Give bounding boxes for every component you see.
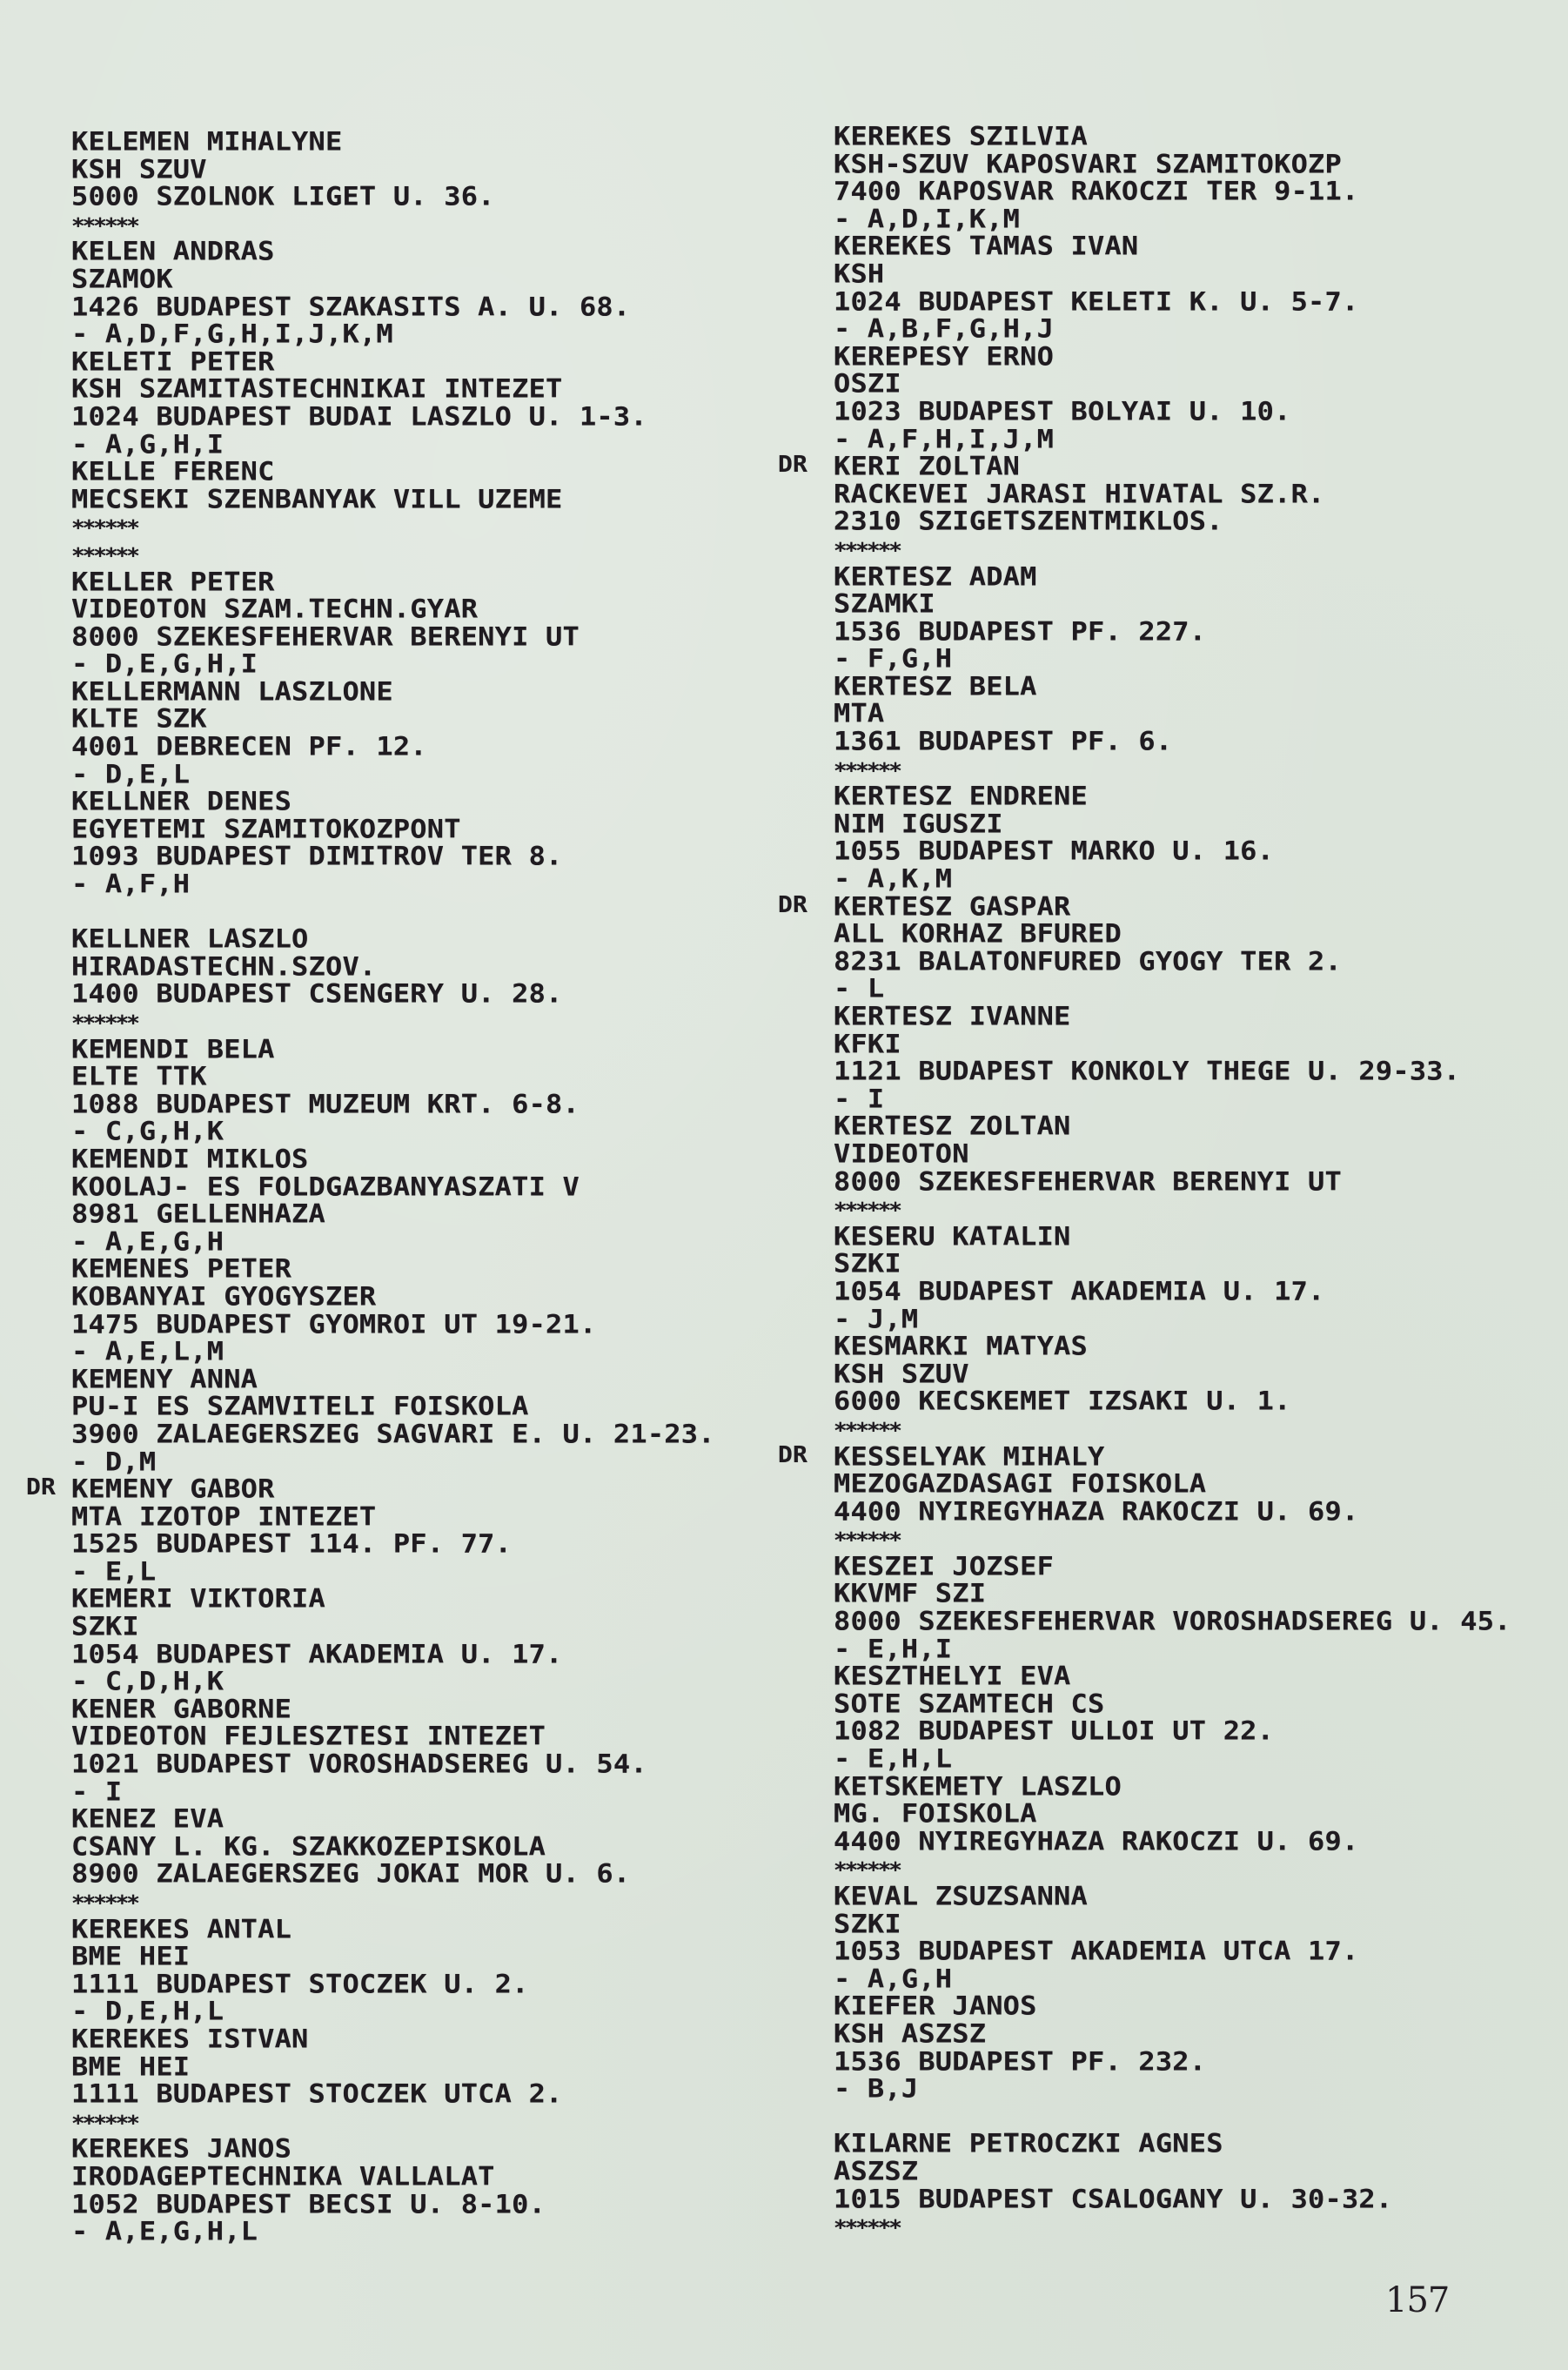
separator-stars: ****** — [834, 539, 900, 563]
directory-line: 3900 ZALAEGERSZEG SAGVARI E. U. 21-23. — [71, 1421, 715, 1447]
line-text: - I — [834, 1083, 884, 1113]
entry-separator: ****** — [71, 541, 715, 567]
category-codes: - A,D,F,G,H,I,J,K,M — [71, 321, 715, 346]
line-text: 1054 BUDAPEST AKADEMIA U. 17. — [71, 1638, 563, 1668]
line-text: KEREKES SZILVIA — [834, 121, 1088, 151]
line-text: KERTESZ IVANNE — [834, 1001, 1071, 1031]
directory-line: KKVMF SZI — [834, 1581, 1511, 1607]
category-codes: - A,F,H,I,J,M — [834, 426, 1511, 452]
line-text: KELLERMANN LASZLONE — [71, 675, 393, 706]
line-text: - D,E,G,H,I — [71, 648, 258, 679]
directory-line: KEREPESY ERNO — [834, 344, 1511, 369]
directory-line: BME HEI — [71, 2054, 715, 2079]
directory-line: KERTESZ ZOLTAN — [834, 1114, 1511, 1139]
directory-line: 1021 BUDAPEST VOROSHADSEREG U. 54. — [71, 1751, 715, 1776]
line-text: KERTESZ ADAM — [834, 561, 1037, 591]
separator-stars: ****** — [71, 516, 137, 540]
line-text: KERTESZ GASPAR — [834, 890, 1071, 921]
directory-line: KSH ASZSZ — [834, 2021, 1511, 2046]
category-codes: - I — [71, 1779, 715, 1804]
directory-line: 8000 SZEKESFEHERVAR VOROSHADSEREG U. 45. — [834, 1608, 1511, 1634]
line-text: 1426 BUDAPEST SZAKASITS A. U. 68. — [71, 291, 630, 321]
line-text: KSH ASZSZ — [834, 2018, 986, 2049]
category-codes: - B,J — [834, 2076, 1511, 2101]
directory-line: 1475 BUDAPEST GYOMROI UT 19-21. — [71, 1312, 715, 1337]
category-codes: - F,G,H — [834, 647, 1511, 672]
directory-line: 1536 BUDAPEST PF. 232. — [834, 2049, 1511, 2074]
directory-line: SZAMOK — [71, 266, 715, 292]
directory-line: KSH SZUV — [71, 157, 715, 182]
line-text: SZAMOK — [71, 264, 173, 294]
directory-line: ASZSZ — [834, 2159, 1511, 2184]
directory-line: 8231 BALATONFURED GYOGY TER 2. — [834, 949, 1511, 974]
title-prefix: DR — [26, 1474, 56, 1500]
directory-line: KILARNE PETROCZKI AGNES — [834, 2132, 1511, 2157]
line-text: 8900 ZALAEGERSZEG JOKAI MOR U. 6. — [71, 1858, 630, 1889]
directory-line: SZAMKI — [834, 591, 1511, 616]
directory-line: DRKESSELYAK MIHALY — [834, 1444, 1511, 1469]
line-text: ASZSZ — [834, 2156, 918, 2186]
directory-line: 4001 DEBRECEN PF. 12. — [71, 734, 715, 759]
line-text: 1536 BUDAPEST PF. 227. — [834, 615, 1206, 646]
entry-separator: ****** — [834, 756, 1511, 782]
entry-separator: ****** — [71, 211, 715, 237]
line-text: NIM IGUSZI — [834, 808, 1003, 838]
line-text: BME HEI — [71, 2051, 190, 2081]
line-text: 1475 BUDAPEST GYOMROI UT 19-21. — [71, 1308, 596, 1339]
line-text: KSH — [834, 258, 884, 289]
directory-line: 2310 SZIGETSZENTMIKLOS. — [834, 509, 1511, 534]
line-text: EGYETEMI SZAMITOKOZPONT — [71, 813, 461, 843]
line-text: KILARNE PETROCZKI AGNES — [834, 2128, 1223, 2159]
line-text: KOBANYAI GYOGYSZER — [71, 1281, 376, 1312]
line-text: - A,G,H — [834, 1963, 952, 1993]
directory-line: 1055 BUDAPEST MARKO U. 16. — [834, 839, 1511, 864]
line-text: - C,D,H,K — [71, 1666, 224, 1696]
line-text: 1021 BUDAPEST VOROSHADSEREG U. 54. — [71, 1749, 647, 1779]
directory-line: KSH-SZUV KAPOSVARI SZAMITOKOZP — [834, 151, 1511, 177]
directory-line: ELTE TTK — [71, 1064, 715, 1090]
directory-line: KESZEI JOZSEF — [834, 1554, 1511, 1579]
line-text: KELLNER DENES — [71, 786, 291, 816]
directory-line: KSH SZUV — [834, 1361, 1511, 1386]
line-text: 1024 BUDAPEST BUDAI LASZLO U. 1-3. — [71, 401, 647, 432]
separator-stars: ****** — [71, 1011, 137, 1036]
directory-line: MG. FOISKOLA — [834, 1802, 1511, 1827]
directory-line: 8981 GELLENHAZA — [71, 1201, 715, 1226]
entry-separator: ****** — [71, 1889, 715, 1914]
line-text: KETSKEMETY LASZLO — [834, 1770, 1122, 1801]
line-text: - F,G,H — [834, 643, 952, 674]
page-number: 157 — [1385, 2280, 1449, 2320]
directory-line: 1400 BUDAPEST CSENGERY U. 28. — [71, 982, 715, 1007]
directory-line: 4400 NYIREGYHAZA RAKOCZI U. 69. — [834, 1499, 1511, 1524]
line-text: KFKI — [834, 1028, 901, 1058]
line-text: 8000 SZEKESFEHERVAR BERENYI UT — [834, 1165, 1342, 1196]
category-codes: - A,G,H,I — [71, 432, 715, 457]
category-codes: - A,D,I,K,M — [834, 206, 1511, 232]
category-codes: - E,H,L — [834, 1746, 1511, 1771]
line-text: KELLER PETER — [71, 566, 275, 596]
directory-line: KSH SZAMITASTECHNIKAI INTEZET — [71, 377, 715, 402]
entry-separator: ****** — [834, 2213, 1511, 2239]
category-codes: - D,E,L — [71, 762, 715, 787]
line-text: 8231 BALATONFURED GYOGY TER 2. — [834, 945, 1342, 976]
line-text: 4001 DEBRECEN PF. 12. — [71, 731, 427, 762]
directory-line: VIDEOTON — [834, 1141, 1511, 1166]
directory-line: 1023 BUDAPEST BOLYAI U. 10. — [834, 399, 1511, 424]
line-text: SZKI — [834, 1248, 901, 1279]
line-text: KEMENY ANNA — [71, 1363, 258, 1393]
directory-line: SZKI — [71, 1614, 715, 1639]
separator-stars: ****** — [834, 1198, 900, 1223]
line-text: KERTESZ ZOLTAN — [834, 1111, 1071, 1141]
separator-stars: ****** — [71, 1891, 137, 1916]
line-text: KELEMEN MIHALYNE — [71, 126, 342, 157]
directory-line: KELLERMANN LASZLONE — [71, 679, 715, 704]
line-text: KEMENY GABOR — [71, 1474, 275, 1504]
line-text: ELTE TTK — [71, 1061, 207, 1091]
directory-line: 8900 ZALAEGERSZEG JOKAI MOR U. 6. — [71, 1862, 715, 1887]
line-text: - D,E,L — [71, 758, 190, 789]
line-text: - A,E,G,H — [71, 1225, 224, 1256]
directory-line: KEREKES TAMAS IVAN — [834, 234, 1511, 259]
directory-line: KEMENES PETER — [71, 1257, 715, 1282]
directory-line: KERTESZ ADAM — [834, 564, 1511, 589]
line-text: KESSELYAK MIHALY — [834, 1440, 1104, 1471]
category-codes: - D,M — [71, 1449, 715, 1474]
separator-stars: ****** — [71, 2112, 137, 2136]
line-text: KEVAL ZSUZSANNA — [834, 1881, 1088, 1911]
line-text: KELLE FERENC — [71, 456, 275, 487]
line-text: 8000 SZEKESFEHERVAR VOROSHADSEREG U. 45. — [834, 1606, 1511, 1636]
directory-line: 1082 BUDAPEST ULLOI UT 22. — [834, 1719, 1511, 1744]
line-text: HIRADASTECHN.SZOV. — [71, 950, 376, 981]
line-text: KKVMF SZI — [834, 1578, 986, 1608]
line-text: - E,L — [71, 1555, 156, 1586]
directory-line: 1525 BUDAPEST 114. PF. 77. — [71, 1532, 715, 1557]
line-text: KEREKES ISTVAN — [71, 2024, 309, 2054]
line-text: KESZEI JOZSEF — [834, 1550, 1054, 1581]
entry-separator: ****** — [71, 1009, 715, 1034]
directory-line: KELETI PETER — [71, 349, 715, 374]
line-text: - A,D,F,G,H,I,J,K,M — [71, 319, 393, 349]
directory-line: MECSEKI SZENBANYAK VILL UZEME — [71, 487, 715, 512]
line-text: KEREKES ANTAL — [71, 1913, 291, 1944]
directory-line: 1015 BUDAPEST CSALOGANY U. 30-32. — [834, 2186, 1511, 2212]
directory-line: KFKI — [834, 1031, 1511, 1057]
line-text: 1024 BUDAPEST KELETI K. U. 5-7. — [834, 285, 1358, 316]
directory-line: KEMENDI BELA — [71, 1037, 715, 1062]
directory-line: EGYETEMI SZAMITOKOZPONT — [71, 816, 715, 842]
line-text: 1111 BUDAPEST STOCZEK U. 2. — [71, 1968, 529, 1998]
directory-line: KEMENY ANNA — [71, 1366, 715, 1392]
directory-line: HIRADASTECHN.SZOV. — [71, 954, 715, 979]
line-text: 4400 NYIREGYHAZA RAKOCZI U. 69. — [834, 1825, 1358, 1856]
category-codes: - D,E,H,L — [71, 1999, 715, 2024]
category-codes: - E,L — [71, 1559, 715, 1584]
line-text: MG. FOISKOLA — [834, 1798, 1037, 1829]
directory-line: 1024 BUDAPEST KELETI K. U. 5-7. — [834, 289, 1511, 314]
directory-line: KEVAL ZSUZSANNA — [834, 1883, 1511, 1909]
line-text: - E,H,I — [834, 1633, 952, 1663]
line-text: KELEN ANDRAS — [71, 236, 275, 266]
line-text: MECSEKI SZENBANYAK VILL UZEME — [71, 483, 563, 514]
directory-line: CSANY L. KG. SZAKKOZEPISKOLA — [71, 1834, 715, 1859]
directory-line: 1053 BUDAPEST AKADEMIA UTCA 17. — [834, 1939, 1511, 1964]
directory-line: DRKERI ZOLTAN — [834, 453, 1511, 479]
title-prefix: DR — [778, 452, 807, 477]
line-text: CSANY L. KG. SZAKKOZEPISKOLA — [71, 1830, 546, 1861]
line-text: KENER GABORNE — [71, 1693, 291, 1723]
category-codes: - A,G,H — [834, 1966, 1511, 1991]
directory-line: ALL KORHAZ BFURED — [834, 922, 1511, 947]
line-text: 1053 BUDAPEST AKADEMIA UTCA 17. — [834, 1936, 1358, 1966]
directory-line: 1052 BUDAPEST BECSI U. 8-10. — [71, 2192, 715, 2217]
entry-separator: ****** — [834, 1856, 1511, 1882]
line-text: KEMENDI MIKLOS — [71, 1144, 309, 1174]
directory-line: 1111 BUDAPEST STOCZEK U. 2. — [71, 1971, 715, 1997]
separator-stars: ****** — [834, 1859, 900, 1883]
line-text: 1536 BUDAPEST PF. 232. — [834, 2045, 1206, 2076]
title-prefix: DR — [778, 1441, 807, 1467]
category-codes: - I — [834, 1086, 1511, 1111]
line-text: - A,K,M — [834, 863, 952, 894]
line-text: 1082 BUDAPEST ULLOI UT 22. — [834, 1715, 1274, 1746]
directory-line: KESERU KATALIN — [834, 1224, 1511, 1249]
line-text: MEZOGAZDASAGI FOISKOLA — [834, 1468, 1206, 1499]
category-codes: - C,D,H,K — [71, 1669, 715, 1695]
line-text: SZKI — [71, 1611, 139, 1642]
entry-separator: ****** — [834, 1196, 1511, 1221]
directory-line: BME HEI — [71, 1944, 715, 1970]
line-text: 1088 BUDAPEST MUZEUM KRT. 6-8. — [71, 1088, 580, 1118]
line-text: - C,G,H,K — [71, 1116, 224, 1146]
line-text: - E,H,L — [834, 1743, 952, 1774]
line-text: SOTE SZAMTECH CS — [834, 1688, 1104, 1718]
separator-stars: ****** — [834, 759, 900, 783]
line-text: 2310 SZIGETSZENTMIKLOS. — [834, 506, 1223, 536]
line-text: RACKEVEI JARASI HIVATAL SZ.R. — [834, 478, 1325, 508]
left-column: KELEMEN MIHALYNEKSH SZUV5000 SZOLNOK LIG… — [71, 128, 715, 2246]
line-text: - A,F,H,I,J,M — [834, 423, 1054, 453]
directory-line: SOTE SZAMTECH CS — [834, 1691, 1511, 1716]
line-text: - I — [71, 1776, 122, 1806]
directory-line: KIEFER JANOS — [834, 1994, 1511, 2019]
line-text: 1015 BUDAPEST CSALOGANY U. 30-32. — [834, 2183, 1392, 2213]
directory-line: 1093 BUDAPEST DIMITROV TER 8. — [71, 844, 715, 869]
directory-line: 8000 SZEKESFEHERVAR BERENYI UT — [71, 624, 715, 649]
line-text: 1055 BUDAPEST MARKO U. 16. — [834, 836, 1274, 866]
line-text: 1121 BUDAPEST KONKOLY THEGE U. 29-33. — [834, 1056, 1460, 1086]
directory-line: KSH — [834, 261, 1511, 286]
line-text: 7400 KAPOSVAR RAKOCZI TER 9-11. — [834, 176, 1358, 206]
category-codes: - L — [834, 977, 1511, 1002]
line-text: KEREPESY ERNO — [834, 340, 1054, 371]
line-text: KEMENES PETER — [71, 1253, 291, 1284]
directory-line: PU-I ES SZAMVITELI FOISKOLA — [71, 1394, 715, 1420]
line-text: KESMARKI MATYAS — [834, 1331, 1088, 1361]
directory-line: MEZOGAZDASAGI FOISKOLA — [834, 1471, 1511, 1496]
line-text: - B,J — [834, 2073, 918, 2104]
line-text: KEMENDI BELA — [71, 1033, 275, 1064]
directory-line: KERTESZ IVANNE — [834, 1004, 1511, 1029]
directory-line: KELLE FERENC — [71, 459, 715, 484]
line-text: KSH-SZUV KAPOSVARI SZAMITOKOZP — [834, 148, 1342, 178]
category-codes: - A,B,F,G,H,J — [834, 316, 1511, 341]
directory-line: KELLNER LASZLO — [71, 927, 715, 952]
separator-stars: ****** — [834, 1528, 900, 1553]
blank-line — [834, 2104, 1511, 2129]
line-text: KOOLAJ- ES FOLDGAZBANYASZATI V — [71, 1171, 580, 1201]
line-text: OSZI — [834, 368, 901, 399]
directory-line: 1024 BUDAPEST BUDAI LASZLO U. 1-3. — [71, 404, 715, 429]
directory-line: KETSKEMETY LASZLO — [834, 1774, 1511, 1799]
line-text: KERI ZOLTAN — [834, 451, 1020, 481]
line-text: 4400 NYIREGYHAZA RAKOCZI U. 69. — [834, 1495, 1358, 1526]
line-text: KEREKES TAMAS IVAN — [834, 231, 1138, 261]
directory-line: 7400 KAPOSVAR RAKOCZI TER 9-11. — [834, 179, 1511, 205]
line-text: KERTESZ ENDRENE — [834, 781, 1088, 811]
line-text: 8981 GELLENHAZA — [71, 1198, 325, 1229]
directory-line: IRODAGEPTECHNIKA VALLALAT — [71, 2164, 715, 2189]
line-text: SZKI — [834, 1908, 901, 1938]
directory-line: KERTESZ BELA — [834, 674, 1511, 699]
line-text: 3900 ZALAEGERSZEG SAGVARI E. U. 21-23. — [71, 1419, 715, 1449]
entry-separator: ****** — [71, 514, 715, 540]
directory-line: KOBANYAI GYOGYSZER — [71, 1284, 715, 1309]
directory-line: 1361 BUDAPEST PF. 6. — [834, 728, 1511, 754]
category-codes: - E,H,I — [834, 1636, 1511, 1662]
directory-line: VIDEOTON FEJLESZTESI INTEZET — [71, 1724, 715, 1749]
line-text: 1361 BUDAPEST PF. 6. — [834, 726, 1172, 756]
blank-line — [71, 899, 715, 924]
directory-line: DRKEMENY GABOR — [71, 1476, 715, 1501]
entry-separator: ****** — [834, 1527, 1511, 1552]
directory-line: 1054 BUDAPEST AKADEMIA U. 17. — [834, 1279, 1511, 1304]
right-column: KEREKES SZILVIAKSH-SZUV KAPOSVARI SZAMIT… — [834, 123, 1511, 2240]
category-codes: - A,K,M — [834, 866, 1511, 891]
directory-line: NIM IGUSZI — [834, 811, 1511, 836]
directory-line: MTA IZOTOP INTEZET — [71, 1504, 715, 1529]
line-text: 1093 BUDAPEST DIMITROV TER 8. — [71, 841, 563, 871]
line-text: KLTE SZK — [71, 703, 207, 734]
directory-line: 1088 BUDAPEST MUZEUM KRT. 6-8. — [71, 1091, 715, 1117]
directory-line: 1121 BUDAPEST KONKOLY THEGE U. 29-33. — [834, 1059, 1511, 1084]
line-text: KIEFER JANOS — [834, 1991, 1037, 2021]
directory-line: KEREKES SZILVIA — [834, 124, 1511, 149]
directory-line: KESMARKI MATYAS — [834, 1333, 1511, 1359]
line-text: - D,E,H,L — [71, 1996, 224, 2026]
line-text: - A,E,L,M — [71, 1336, 224, 1366]
directory-line: KEMERI VIKTORIA — [71, 1587, 715, 1612]
line-text: KSH SZAMITASTECHNIKAI INTEZET — [71, 373, 563, 404]
directory-line: 1426 BUDAPEST SZAKASITS A. U. 68. — [71, 294, 715, 319]
line-text: KERTESZ BELA — [834, 670, 1037, 701]
line-text: - A,B,F,G,H,J — [834, 313, 1054, 344]
directory-line: 1111 BUDAPEST STOCZEK UTCA 2. — [71, 2081, 715, 2106]
directory-line: 5000 SZOLNOK LIGET U. 36. — [71, 185, 715, 210]
line-text: KEREKES JANOS — [71, 2133, 291, 2164]
separator-stars: ****** — [834, 2216, 900, 2240]
line-text: 8000 SZEKESFEHERVAR BERENYI UT — [71, 621, 580, 651]
directory-line: KENEZ EVA — [71, 1807, 715, 1832]
line-text: 1525 BUDAPEST 114. PF. 77. — [71, 1528, 512, 1559]
directory-line: 1054 BUDAPEST AKADEMIA U. 17. — [71, 1642, 715, 1667]
entry-separator: ****** — [71, 2109, 715, 2134]
line-text: - A,F,H — [71, 869, 190, 899]
directory-line: SZKI — [834, 1911, 1511, 1937]
line-text: KELETI PETER — [71, 346, 275, 376]
line-text: VIDEOTON FEJLESZTESI INTEZET — [71, 1721, 546, 1751]
directory-line: DRKERTESZ GASPAR — [834, 894, 1511, 919]
line-text: KESERU KATALIN — [834, 1220, 1071, 1251]
directory-line: RACKEVEI JARASI HIVATAL SZ.R. — [834, 481, 1511, 507]
directory-line: KELLER PETER — [71, 569, 715, 594]
line-text: IRODAGEPTECHNIKA VALLALAT — [71, 2161, 495, 2192]
line-text: 1023 BUDAPEST BOLYAI U. 10. — [834, 396, 1291, 426]
line-text: - L — [834, 973, 884, 1004]
line-text: KSH SZUV — [71, 153, 207, 184]
line-text: 6000 KECSKEMET IZSAKI U. 1. — [834, 1386, 1291, 1416]
title-prefix: DR — [778, 891, 807, 916]
category-codes: - A,F,H — [71, 871, 715, 896]
separator-stars: ****** — [834, 1419, 900, 1443]
directory-line: SZKI — [834, 1252, 1511, 1277]
entry-separator: ****** — [834, 1416, 1511, 1441]
category-codes: - D,E,G,H,I — [71, 652, 715, 677]
directory-line: KENER GABORNE — [71, 1696, 715, 1722]
line-text: KEMERI VIKTORIA — [71, 1583, 325, 1614]
category-codes: - A,E,G,H,L — [71, 2219, 715, 2244]
directory-line: KEREKES JANOS — [71, 2137, 715, 2162]
directory-line: 1536 BUDAPEST PF. 227. — [834, 619, 1511, 644]
directory-line: KLTE SZK — [71, 707, 715, 732]
line-text: PU-I ES SZAMVITELI FOISKOLA — [71, 1391, 529, 1421]
directory-line: VIDEOTON SZAM.TECHN.GYAR — [71, 596, 715, 621]
directory-line: KEREKES ISTVAN — [71, 2026, 715, 2051]
line-text: KESZTHELYI EVA — [834, 1661, 1071, 1691]
directory-line: KESZTHELYI EVA — [834, 1664, 1511, 1689]
directory-line: KELLNER DENES — [71, 789, 715, 815]
directory-line: KERTESZ ENDRENE — [834, 784, 1511, 809]
category-codes: - A,E,G,H — [71, 1229, 715, 1254]
category-codes: - A,E,L,M — [71, 1339, 715, 1364]
entry-separator: ****** — [834, 536, 1511, 561]
category-codes: - C,G,H,K — [71, 1119, 715, 1145]
line-text: MTA — [834, 698, 884, 728]
line-text: 1111 BUDAPEST STOCZEK UTCA 2. — [71, 2078, 563, 2109]
directory-line: 8000 SZEKESFEHERVAR BERENYI UT — [834, 1169, 1511, 1194]
directory-line: KEMENDI MIKLOS — [71, 1146, 715, 1172]
line-text: - A,G,H,I — [71, 428, 224, 459]
directory-line: 6000 KECSKEMET IZSAKI U. 1. — [834, 1389, 1511, 1414]
directory-line: KELEMEN MIHALYNE — [71, 129, 715, 154]
line-text: 5000 SZOLNOK LIGET U. 36. — [71, 181, 495, 211]
line-text: 1054 BUDAPEST AKADEMIA U. 17. — [834, 1276, 1325, 1306]
directory-line: KOOLAJ- ES FOLDGAZBANYASZATI V — [71, 1174, 715, 1199]
line-text: VIDEOTON — [834, 1138, 969, 1169]
line-text: SZAMKI — [834, 588, 935, 619]
directory-line: KELEN ANDRAS — [71, 239, 715, 265]
category-codes: - J,M — [834, 1306, 1511, 1332]
directory-line: KEREKES ANTAL — [71, 1917, 715, 1942]
line-text: - D,M — [71, 1446, 156, 1476]
line-text: BME HEI — [71, 1941, 190, 1971]
directory-line: MTA — [834, 702, 1511, 727]
line-text: - J,M — [834, 1303, 918, 1333]
line-text: 1400 BUDAPEST CSENGERY U. 28. — [71, 978, 563, 1009]
